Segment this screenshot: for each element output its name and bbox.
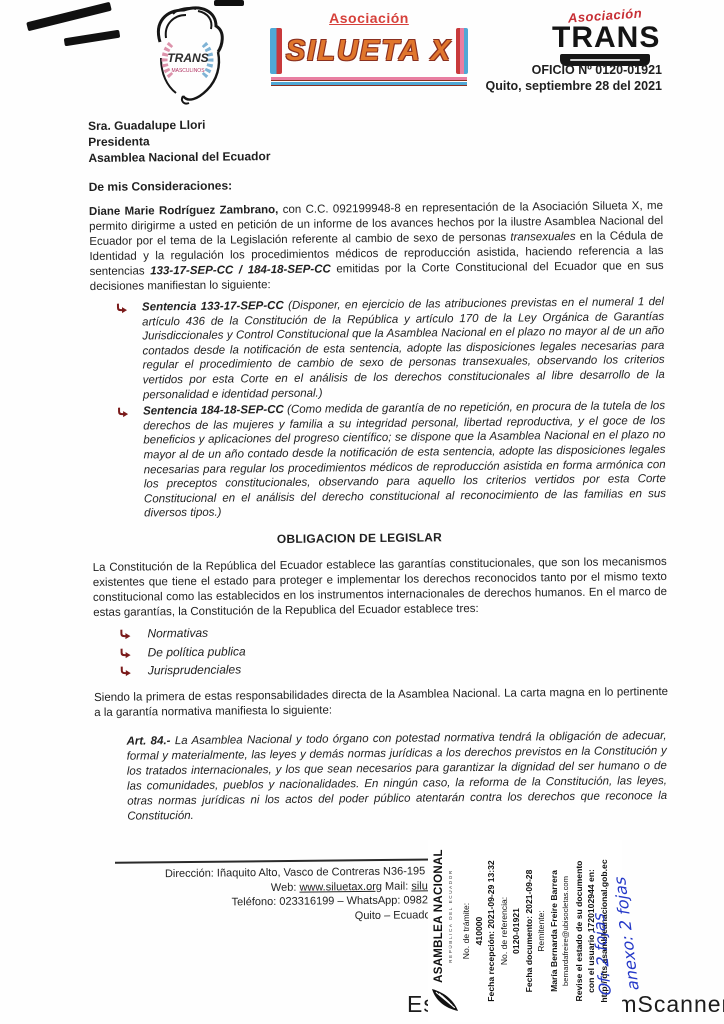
asamblea-feather-icon bbox=[430, 987, 460, 1013]
handwritten-note: Of: 2 fojas anexo: 2 fojas bbox=[586, 838, 670, 998]
list-item: Sentencia 184-18-SEP-CC (Como medida de … bbox=[91, 399, 666, 522]
article-number: Art. 84.- bbox=[126, 735, 170, 747]
stamp-document-date: Fecha documento: 2021-09-28 bbox=[523, 840, 536, 1022]
logo-stripes bbox=[271, 77, 467, 85]
sender-name: Diane Marie Rodríguez Zambrano, bbox=[89, 204, 278, 218]
bracket-left-icon bbox=[270, 28, 282, 74]
stamp-sender-email: bernardafreire@ubisocletas.com bbox=[560, 840, 573, 1022]
sentencia-body: (Como medida de garantía de no repetició… bbox=[143, 400, 666, 520]
list-item: De política publica bbox=[94, 639, 668, 660]
garantia-label: Normativas bbox=[147, 626, 208, 641]
sentencias-reference: 133-17-SEP-CC / 184-18-SEP-CC bbox=[150, 263, 331, 277]
trans-masculinos-face-logo-icon: TRANS MASCULINOS bbox=[140, 2, 236, 108]
stamp-title: ASAMBLEA NACIONAL bbox=[433, 849, 445, 983]
garantias-list: Normativas De política publica Jurisprud… bbox=[93, 621, 668, 679]
intro-italic: transexuales bbox=[510, 231, 575, 244]
stamp-sender-name: María Bernarda Freire Barrera bbox=[548, 840, 561, 1022]
salutation: De mis Consideraciones: bbox=[89, 174, 663, 195]
arrow-bullet-icon bbox=[120, 647, 132, 659]
garantia-label: Jurisprudenciales bbox=[148, 663, 242, 678]
website-link: www.siluetax.org bbox=[299, 880, 382, 893]
mail-label: Mail: bbox=[382, 880, 411, 892]
bracket-right-icon bbox=[456, 28, 468, 74]
footer-divider bbox=[115, 858, 460, 864]
oficio-block: OFICIO Nº 0120-01921 Quito, septiembre 2… bbox=[486, 62, 662, 94]
recipient-block: Sra. Guadalupe Llori Presidenta Asamblea… bbox=[88, 112, 662, 166]
list-item: Jurisprudenciales bbox=[94, 658, 668, 679]
article-text: La Asamblea Nacional y todo órgano con p… bbox=[127, 730, 668, 823]
stamp-reference-value: 0120-01921 bbox=[510, 840, 523, 1022]
wreath-subtext: MASCULINOS bbox=[171, 68, 205, 74]
sentencia-title: Sentencia 133-17-SEP-CC bbox=[142, 300, 288, 314]
trans-logo: Asociación TRANS bbox=[552, 8, 658, 66]
stamp-sender-label: Remitente: bbox=[535, 840, 548, 1022]
stamp-tramite-value: 410000 bbox=[473, 840, 486, 1022]
stamp-reference-label: No. de referencia: bbox=[498, 840, 511, 1022]
stamp-reception-date: Fecha recepción: 2021-09-29 13:32 bbox=[485, 840, 498, 1022]
list-item: Sentencia 133-17-SEP-CC (Disponer, en ej… bbox=[90, 295, 665, 403]
asociacion-label: Asociación bbox=[264, 10, 474, 26]
list-item: Normativas bbox=[93, 621, 667, 642]
date-line: Quito, septiembre 28 del 2021 bbox=[486, 78, 662, 94]
silueta-x-logo: Asociación SILUETA X bbox=[264, 10, 474, 85]
arrow-bullet-icon bbox=[119, 628, 131, 640]
letter-body: Sra. Guadalupe Llori Presidenta Asamblea… bbox=[88, 112, 669, 825]
oficio-number: OFICIO Nº 0120-01921 bbox=[486, 62, 662, 78]
stamp-tramite-label: No. de trámite: bbox=[460, 840, 473, 1022]
trans-logo-title: TRANS bbox=[552, 23, 658, 53]
arrow-bullet-icon bbox=[117, 407, 129, 419]
arrow-bullet-icon bbox=[120, 666, 132, 678]
transition-paragraph: Siendo la primera de estas responsabilid… bbox=[94, 685, 668, 721]
footer-contact-block: Dirección: Iñaquito Alto, Vasco de Contr… bbox=[100, 864, 435, 925]
scanned-letter-page: TRANS MASCULINOS Asociación SILUETA X As… bbox=[0, 0, 724, 1024]
garantia-label: De política publica bbox=[148, 644, 246, 659]
sentencia-title: Sentencia 184-18-SEP-CC bbox=[143, 404, 287, 418]
footer-city: Quito – Ecuador bbox=[100, 908, 434, 926]
silueta-x-title: SILUETA X bbox=[286, 35, 452, 68]
article-84-quote: Art. 84.- La Asamblea Nacional y todo ór… bbox=[126, 729, 667, 825]
wreath-text: TRANS bbox=[167, 51, 208, 65]
sentencias-list: Sentencia 133-17-SEP-CC (Disponer, en ej… bbox=[90, 295, 666, 522]
web-label: Web: bbox=[271, 881, 300, 893]
section-heading: OBLIGACION DE LEGISLAR bbox=[92, 528, 626, 549]
intro-paragraph: Diane Marie Rodríguez Zambrano, con C.C.… bbox=[89, 199, 664, 295]
arrow-bullet-icon bbox=[116, 303, 128, 315]
stamp-subtitle: REPÚBLICA DEL ECUADOR bbox=[445, 849, 458, 983]
obligacion-paragraph: La Constitución de la República del Ecua… bbox=[93, 555, 668, 621]
